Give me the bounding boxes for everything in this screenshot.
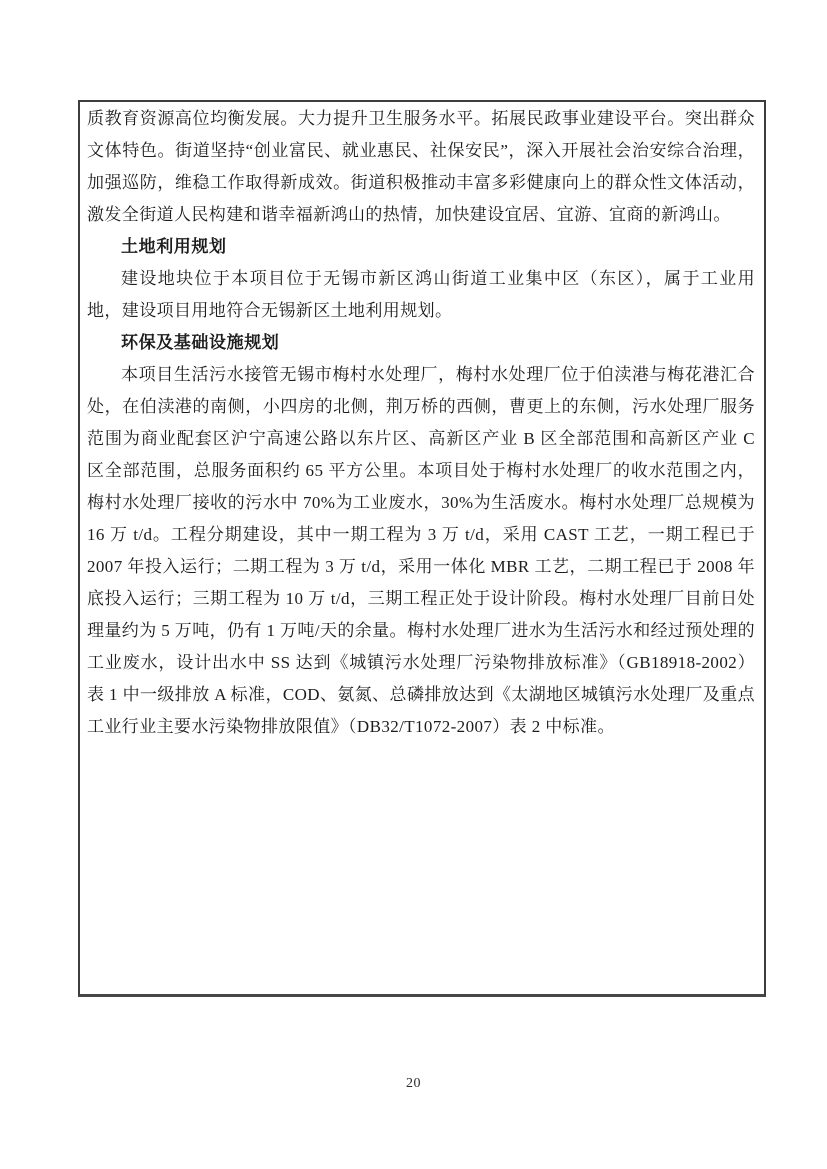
section-heading-env-infrastructure-plan: 环保及基础设施规划: [87, 327, 755, 359]
paragraph-street-development: 质教育资源高位均衡发展。大力提升卫生服务水平。拓展民政事业建设平台。突出群众文体…: [87, 103, 755, 231]
paragraph-land-use: 建设地块位于本项目位于无锡市新区鸿山街道工业集中区（东区），属于工业用地，建设项…: [87, 263, 755, 327]
section-heading-land-use-plan: 土地利用规划: [87, 231, 755, 263]
paragraph-wastewater-treatment: 本项目生活污水接管无锡市梅村水处理厂，梅村水处理厂位于伯渎港与梅花港汇合处，在伯…: [87, 359, 755, 743]
document-page: 质教育资源高位均衡发展。大力提升卫生服务水平。拓展民政事业建设平台。突出群众文体…: [0, 0, 827, 1169]
page-number: 20: [0, 1076, 827, 1092]
table-cell-content: 质教育资源高位均衡发展。大力提升卫生服务水平。拓展民政事业建设平台。突出群众文体…: [78, 100, 766, 997]
